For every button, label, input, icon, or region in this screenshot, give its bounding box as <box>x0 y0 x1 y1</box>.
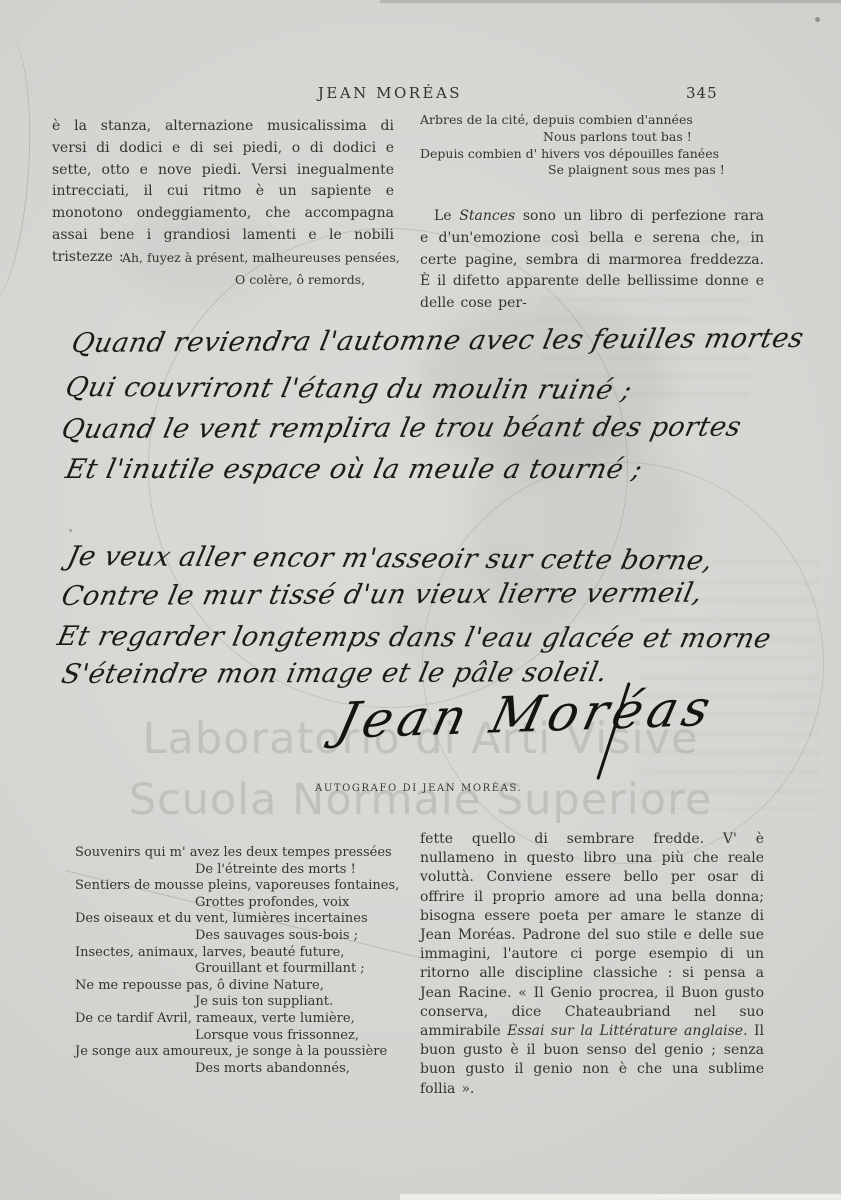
verse-line: Souvenirs qui m' avez les deux tempes pr… <box>75 845 399 862</box>
manuscript-line: Je veux aller encor m'asseoir sur cette … <box>65 541 716 577</box>
paper-speck <box>69 529 72 532</box>
verse-line: Insectes, animaux, larves, beauté future… <box>75 945 399 962</box>
paragraph-right-bottom: fette quello di sembrare fredde. V' è nu… <box>420 830 764 1099</box>
verse-line: Je suis ton suppliant. <box>195 994 399 1011</box>
autograph-caption: AUTOGRAFO DI JEAN MORÉAS. <box>315 783 522 794</box>
verse-line: Grottes profondes, voix <box>195 895 399 912</box>
page-number: 345 <box>686 84 718 102</box>
manuscript-line: Quand reviendra l'automne avec les feuil… <box>69 323 807 359</box>
verse-line: Se plaignent sous mes pas ! <box>548 162 725 179</box>
manuscript-line: Quand le vent remplira le trou béant des… <box>59 412 744 445</box>
manuscript-line: Contre le mur tissé d'un vieux lierre ve… <box>59 578 706 612</box>
verse-line: De ce tardif Avril, rameaux, verte lumiè… <box>75 1011 399 1028</box>
verse-line: Des sauvages sous-bois ; <box>195 928 399 945</box>
paper-speck <box>815 17 820 22</box>
verse-line: Nous parlons tout bas ! <box>543 129 725 146</box>
verse-line: Des morts abandonnés, <box>195 1061 399 1078</box>
verse-line: Grouillant et fourmillant ; <box>195 961 399 978</box>
scan-edge-shadow <box>380 0 841 3</box>
verse-line: Des oiseaux et du vent, lumières incerta… <box>75 911 399 928</box>
verse-line: De l'étreinte des morts ! <box>195 862 399 879</box>
verse-ah-fuyez: Ah, fuyez à présent, malheureuses pensée… <box>122 247 400 291</box>
scanned-book-page: Laboratorio di Arti Visive Scuola Normal… <box>0 0 841 1200</box>
verse-arbres: Arbres de la cité, depuis combien d'anné… <box>420 112 725 179</box>
page-curl-shadow <box>0 28 39 312</box>
verse-line: Ne me repousse pas, ô divine Nature, <box>75 978 399 995</box>
verse-line: Ah, fuyez à présent, malheureuses pensée… <box>122 247 400 269</box>
manuscript-line: Et regarder longtemps dans l'eau glacée … <box>55 621 774 654</box>
manuscript-line: Qui couvriront l'étang du moulin ruiné ; <box>63 372 635 406</box>
verse-line: Arbres de la cité, depuis combien d'anné… <box>420 112 725 129</box>
verse-line: O colère, ô remords, <box>235 269 400 291</box>
verse-line: Depuis combien d' hivers vos dépouilles … <box>420 146 725 163</box>
paragraph-right-top: Le Stances sono un libro di perfezione r… <box>420 206 764 315</box>
running-header-title: JEAN MORÉAS <box>0 84 780 102</box>
scan-edge-highlight <box>400 1194 841 1200</box>
verse-line: Sentiers de mousse pleins, vaporeuses fo… <box>75 878 399 895</box>
manuscript-line: Et l'inutile espace où la meule a tourné… <box>63 454 646 485</box>
verse-souvenirs: Souvenirs qui m' avez les deux tempes pr… <box>75 845 399 1077</box>
verse-line: Je songe aux amoureux, je songe à la pou… <box>75 1044 399 1061</box>
paragraph-left-top: è la stanza, alternazione musicalissima … <box>52 116 394 269</box>
verse-line: Lorsque vous frissonnez, <box>195 1028 399 1045</box>
